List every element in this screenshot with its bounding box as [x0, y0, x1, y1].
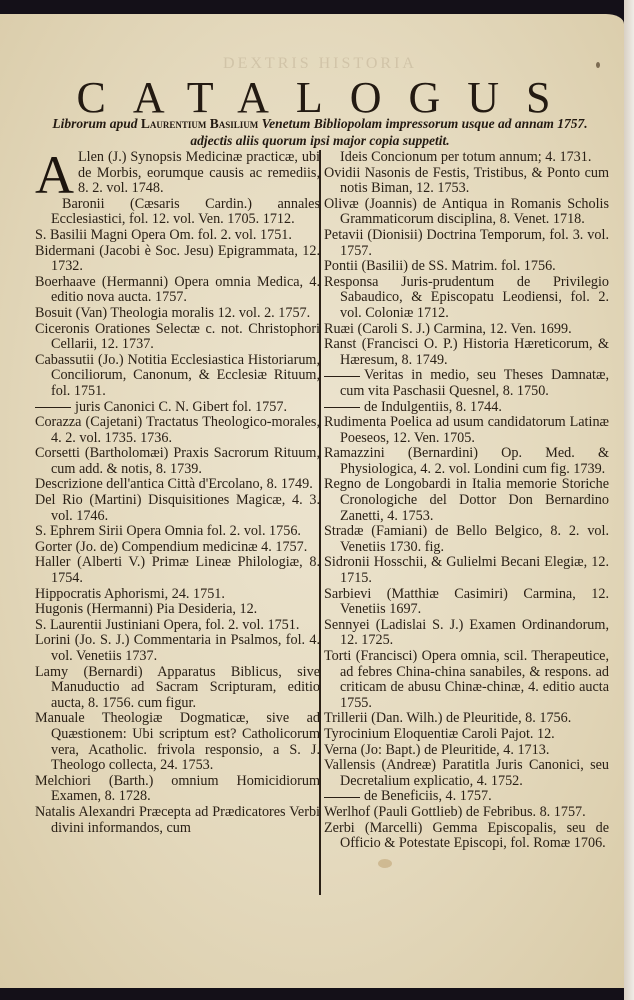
ink-speck [596, 62, 600, 68]
catalog-entry: Olivæ (Joannis) de Antiqua in Romanis Sc… [324, 197, 609, 228]
catalog-entry: Ovidii Nasonis de Festis, Tristibus, & P… [324, 166, 609, 197]
catalog-entry: Petavii (Dionisii) Doctrina Temporum, fo… [324, 228, 609, 259]
catalog-entry: Manuale Theologiæ Dogmaticæ, sive ad Quæ… [35, 711, 320, 773]
catalog-entry: Werlhof (Pauli Gottlieb) de Febribus. 8.… [324, 805, 609, 821]
catalog-entry: Lamy (Bernardi) Apparatus Biblicus, sive… [35, 665, 320, 712]
catalog-entry: Ruæi (Caroli S. J.) Carmina, 12. Ven. 16… [324, 322, 609, 338]
catalog-entry: Corsetti (Bartholomæi) Praxis Sacrorum R… [35, 446, 320, 477]
drop-cap: A [35, 152, 74, 198]
catalog-entry: Bidermani (Jacobi è Soc. Jesu) Epigramma… [35, 244, 320, 275]
bleed-through-text: DEXTRIS HISTORIA [200, 55, 440, 73]
catalog-entry: ALlen (J.) Synopsis Medicinæ practicæ, u… [35, 150, 320, 197]
catalog-entry: Rudimenta Poelica ad usum candidatorum L… [324, 415, 609, 446]
catalog-entry: Tyrocinium Eloquentiæ Caroli Pajot. 12. [324, 727, 609, 743]
catalog-entry: Lorini (Jo. S. J.) Commentaria in Psalmo… [35, 633, 320, 664]
catalog-entry: Ramazzini (Bernardini) Op. Med. & Physio… [324, 446, 609, 477]
catalog-entry: S. Basilii Magni Opera Om. fol. 2. vol. … [35, 228, 320, 244]
right-column: Ideis Concionum per totum annum; 4. 1731… [324, 150, 609, 852]
catalog-entry: Del Rio (Martini) Disquisitiones Magicæ,… [35, 493, 320, 524]
paper-stain [378, 859, 392, 868]
ditto-dash [324, 407, 360, 408]
ditto-dash [35, 407, 71, 408]
catalog-entry: Descrizione dell'antica Città d'Ercolano… [35, 477, 320, 493]
catalog-entry: S. Laurentii Justiniani Opera, fol. 2. v… [35, 618, 320, 634]
ditto-dash [324, 797, 360, 798]
catalog-entry-ditto: de Indulgentiis, 8. 1744. [324, 400, 609, 416]
catalog-entry: Boerhaave (Hermanni) Opera omnia Medica,… [35, 275, 320, 306]
catalog-entry: Cabassutii (Jo.) Notitia Ecclesiastica H… [35, 353, 320, 400]
catalog-entry: Regno de Longobardi in Italia memorie St… [324, 477, 609, 524]
catalog-entry: Responsa Juris-prudentum de Privilegio S… [324, 275, 609, 322]
page-edge [624, 0, 634, 1000]
catalog-entry: Natalis Alexandri Præcepta ad Prædicator… [35, 805, 320, 836]
catalog-entry-ditto: de Beneficiis, 4. 1757. [324, 789, 609, 805]
catalog-entry: Zerbi (Marcelli) Gemma Episcopalis, seu … [324, 821, 609, 852]
catalog-entry-ditto: juris Canonici C. N. Gibert fol. 1757. [35, 400, 320, 416]
catalog-entry: Bosuit (Van) Theologia moralis 12. vol. … [35, 306, 320, 322]
catalog-entry: Vallensis (Andreæ) Paratitla Juris Canon… [324, 758, 609, 789]
catalog-entry-continued: Ideis Concionum per totum annum; 4. 1731… [324, 150, 609, 166]
catalog-entry: Ranst (Francisci O. P.) Historia Hæretic… [324, 337, 609, 368]
catalog-entry: Hippocratis Aphorismi, 24. 1751. [35, 587, 320, 603]
catalog-entry: Trillerii (Dan. Wilh.) de Pleuritide, 8.… [324, 711, 609, 727]
subtitle-part-1: Librorum apud [52, 116, 141, 131]
catalog-entry: Gorter (Jo. de) Compendium medicinæ 4. 1… [35, 540, 320, 556]
subtitle-bookseller-name: Laurentium Basilium [141, 116, 258, 131]
catalog-entry-ditto: Veritas in medio, seu Theses Damnatæ, cu… [324, 368, 609, 399]
catalog-entry: Melchiori (Barth.) omnium Homicidiorum E… [35, 774, 320, 805]
catalog-entry: Sidronii Hosschii, & Gulielmi Becani Ele… [324, 555, 609, 586]
catalog-entry: Corazza (Cajetani) Tractatus Theologico-… [35, 415, 320, 446]
left-column: ALlen (J.) Synopsis Medicinæ practicæ, u… [35, 150, 320, 836]
catalog-entry: Sennyei (Ladislai S. J.) Examen Ordinand… [324, 618, 609, 649]
catalog-entry: S. Ephrem Sirii Opera Omnia fol. 2. vol.… [35, 524, 320, 540]
catalog-entry: Haller (Alberti V.) Primæ Lineæ Philolog… [35, 555, 320, 586]
catalog-entry: Ciceronis Orationes Selectæ c. not. Chri… [35, 322, 320, 353]
catalog-entry: Pontii (Basilii) de SS. Matrim. fol. 175… [324, 259, 609, 275]
catalog-entry: Stradæ (Famiani) de Bello Belgico, 8. 2.… [324, 524, 609, 555]
ditto-dash [324, 376, 360, 377]
catalog-entry: Verna (Jo: Bapt.) de Pleuritide, 4. 1713… [324, 743, 609, 759]
catalog-entry: Hugonis (Hermanni) Pia Desideria, 12. [35, 602, 320, 618]
catalog-entry: Sarbievi (Matthiæ Casimiri) Carmina, 12.… [324, 587, 609, 618]
catalog-entry: Torti (Francisci) Opera omnia, scil. The… [324, 649, 609, 711]
catalog-entry: Baronii (Cæsaris Cardin.) annales Eccles… [35, 197, 320, 228]
page-subtitle: Librorum apud Laurentium Basilium Venetu… [40, 115, 600, 149]
